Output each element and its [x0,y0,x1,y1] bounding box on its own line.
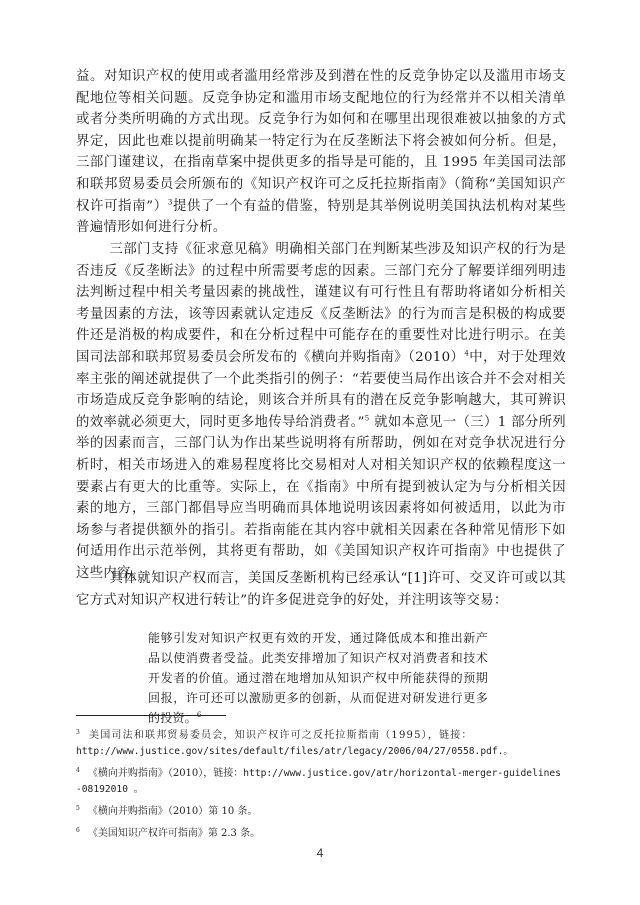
paragraph-2: 三部门支持《征求意见稿》明确相关部门在判断某些涉及知识产权的行为是否违反《反垄断… [76,239,566,585]
paragraph-text: 就如本意见一（三）1 部分所列举的因素而言，三部门认为作出某些说明将有所帮助，例… [76,415,566,581]
footnote-link[interactable]: http://www.justice.gov/sites/default/fil… [76,746,513,757]
footnote-separator [76,715,226,716]
footnote-text: 《横向并购指南》（2010）第 10 条。 [88,806,258,817]
footnote-text: 《横向并购指南》（2010），链接： [88,768,243,779]
footnote-number: 3 [76,729,81,736]
footnote-number: 6 [76,827,80,834]
footnote-3: 3美国司法和联邦贸易委员会，知识产权许可之反托拉斯指南（1995），链接：htt… [76,728,566,760]
footnote-5: 5《横向并购指南》（2010）第 10 条。 [76,804,566,820]
paragraph-3: 具体就知识产权而言，美国反垄断机构已经承认“[1]许可、交叉许可或以其它方式对知… [76,568,566,611]
footnotes: 3美国司法和联邦贸易委员会，知识产权许可之反托拉斯指南（1995），链接：htt… [76,728,566,848]
paragraph-text: 益。对知识产权的使用或者滥用经常涉及到潜在性的反竞争协定以及滥用市场支配地位等相… [76,69,566,214]
paragraph-text: 三部门支持《征求意见稿》明确相关部门在判断某些涉及知识产权的行为是否违反《反垄断… [76,242,566,365]
page-number: 4 [0,846,640,860]
footnote-6: 6《美国知识产权许可指南》第 2.3 条。 [76,826,566,842]
footnote-text: 美国司法和联邦贸易委员会，知识产权许可之反托拉斯指南（1995），链接： [89,730,473,741]
footnote-4: 4《横向并购指南》（2010），链接：http://www.justice.go… [76,766,566,798]
document-page: 益。对知识产权的使用或者滥用经常涉及到潜在性的反竞争协定以及滥用市场支配地位等相… [0,0,640,905]
paragraph-1: 益。对知识产权的使用或者滥用经常涉及到潜在性的反竞争协定以及滥用市场支配地位等相… [76,66,566,239]
footnote-number: 4 [76,767,80,774]
block-quote: 能够引发对知识产权更有效的开发，通过降低成本和推出新产品以使消费者受益。此类安排… [148,628,488,728]
footnote-text: 《美国知识产权许可指南》第 2.3 条。 [88,828,260,839]
paragraph-text: 具体就知识产权而言，美国反垄断机构已经承认“[1]许可、交叉许可或以其它方式对知… [76,571,566,608]
footnote-number: 5 [76,805,80,812]
